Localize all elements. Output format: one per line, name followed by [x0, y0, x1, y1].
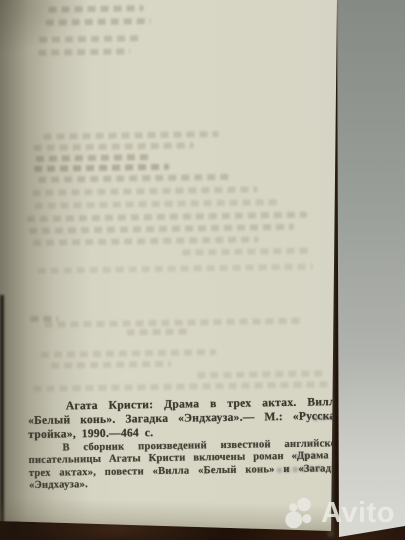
top-left-vignette — [0, 0, 140, 90]
bleed-line — [182, 248, 312, 256]
avito-watermark: Avito — [283, 496, 395, 530]
avito-logo-icon — [283, 496, 317, 530]
book-page-stack-edge — [330, 0, 405, 540]
book-photo-scene: Агата Кристи: Драма в трех актах. Вилла … — [0, 0, 405, 540]
avito-wordmark: Avito — [321, 497, 395, 530]
bleed-line — [127, 328, 189, 335]
bleed-line — [197, 370, 325, 378]
left-dark-edge — [0, 295, 4, 525]
